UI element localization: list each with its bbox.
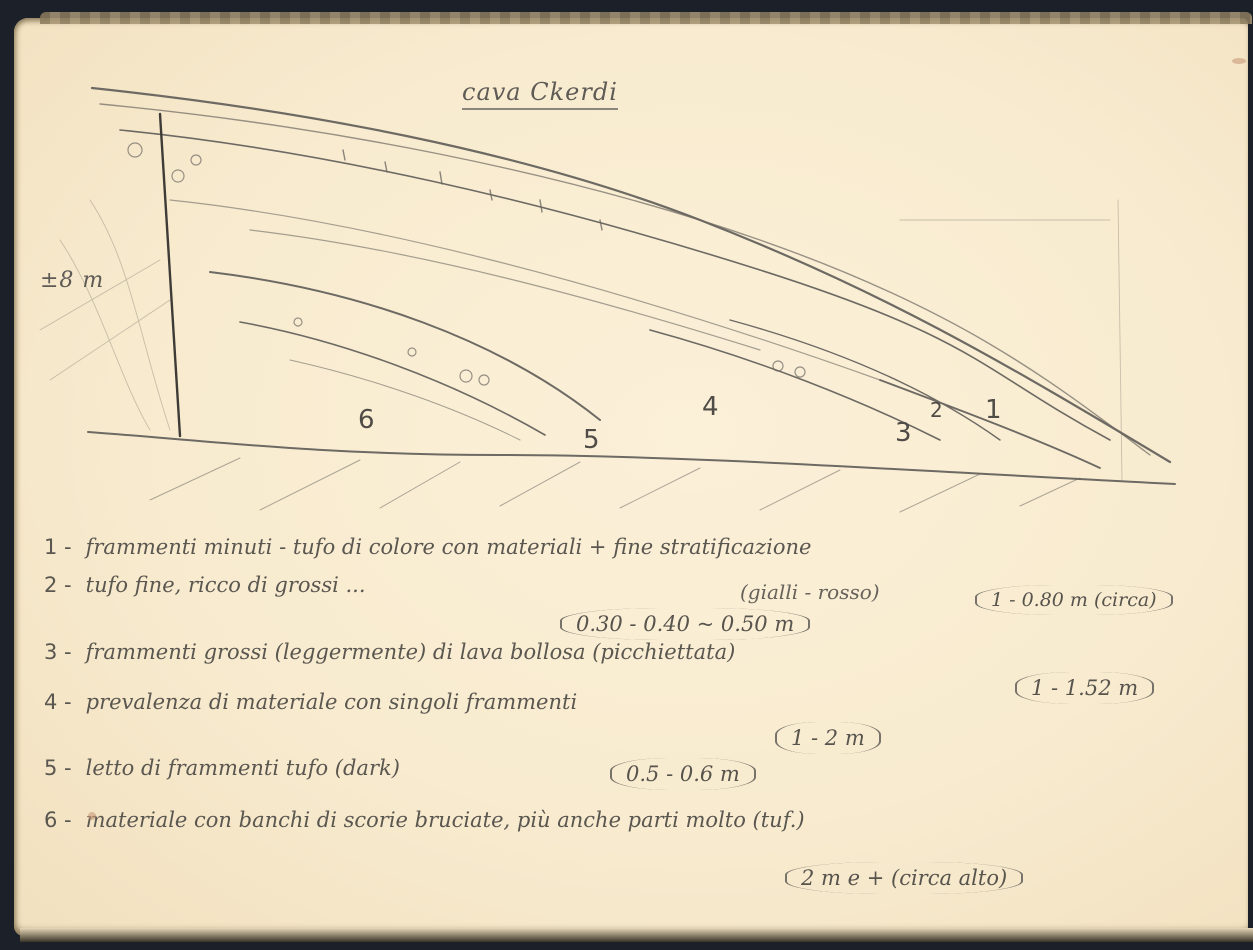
- legend-item-2: 2 -tufo fine, ricco di grossi ...: [44, 573, 366, 597]
- legend-text: prevalenza di materiale con singoli fram…: [86, 690, 578, 714]
- measurement-4: 1 - 2 m: [775, 722, 881, 754]
- vertical-scale-line: [160, 114, 180, 436]
- legend-text: frammenti grossi (leggermente) di lava b…: [86, 640, 736, 664]
- measurement-3: 1 - 1.52 m: [1015, 672, 1154, 704]
- legend-item-6: 6 -materiale con banchi di scorie brucia…: [44, 808, 805, 832]
- page-title: cava Ckerdi: [462, 78, 618, 110]
- legend-text: materiale con banchi di scorie bruciate,…: [86, 808, 805, 832]
- layer-label-3: 3: [895, 418, 912, 448]
- layer-label-6: 6: [358, 405, 375, 435]
- layer-label-2: 2: [930, 398, 943, 422]
- paper-stain: [1232, 58, 1246, 64]
- legend-item-3: 3 -frammenti grossi (leggermente) di lav…: [44, 640, 735, 664]
- paper-stain: [88, 812, 96, 820]
- measurement-6: 2 m e + (circa alto): [785, 862, 1023, 894]
- height-label: ±8 m: [40, 268, 104, 293]
- legend-number: 1 -: [44, 535, 72, 559]
- legend-number: 3 -: [44, 640, 72, 664]
- legend-text: letto di frammenti tufo (dark): [86, 756, 400, 780]
- legend-item-1: 1 -frammenti minuti - tufo di colore con…: [44, 535, 811, 559]
- legend-item-5: 5 -letto di frammenti tufo (dark): [44, 756, 400, 780]
- layer-label-4: 4: [702, 392, 719, 422]
- legend-item-4: 4 -prevalenza di materiale con singoli f…: [44, 690, 577, 714]
- layer-label-1: 1: [985, 395, 1002, 425]
- layer-label-5: 5: [583, 425, 600, 455]
- legend-number: 6 -: [44, 808, 72, 832]
- legend-text: tufo fine, ricco di grossi ...: [86, 573, 366, 597]
- measurement-2: 0.30 - 0.40 ~ 0.50 m: [560, 608, 810, 640]
- legend-number: 2 -: [44, 573, 72, 597]
- measurement-5: 0.5 - 0.6 m: [610, 758, 756, 790]
- legend-text: frammenti minuti - tufo di colore con ma…: [86, 535, 812, 559]
- legend-number: 4 -: [44, 690, 72, 714]
- legend-number: 5 -: [44, 756, 72, 780]
- legend-note-2: (gialli - rosso): [740, 580, 880, 604]
- measurement-2b: 1 - 0.80 m (circa): [975, 585, 1173, 615]
